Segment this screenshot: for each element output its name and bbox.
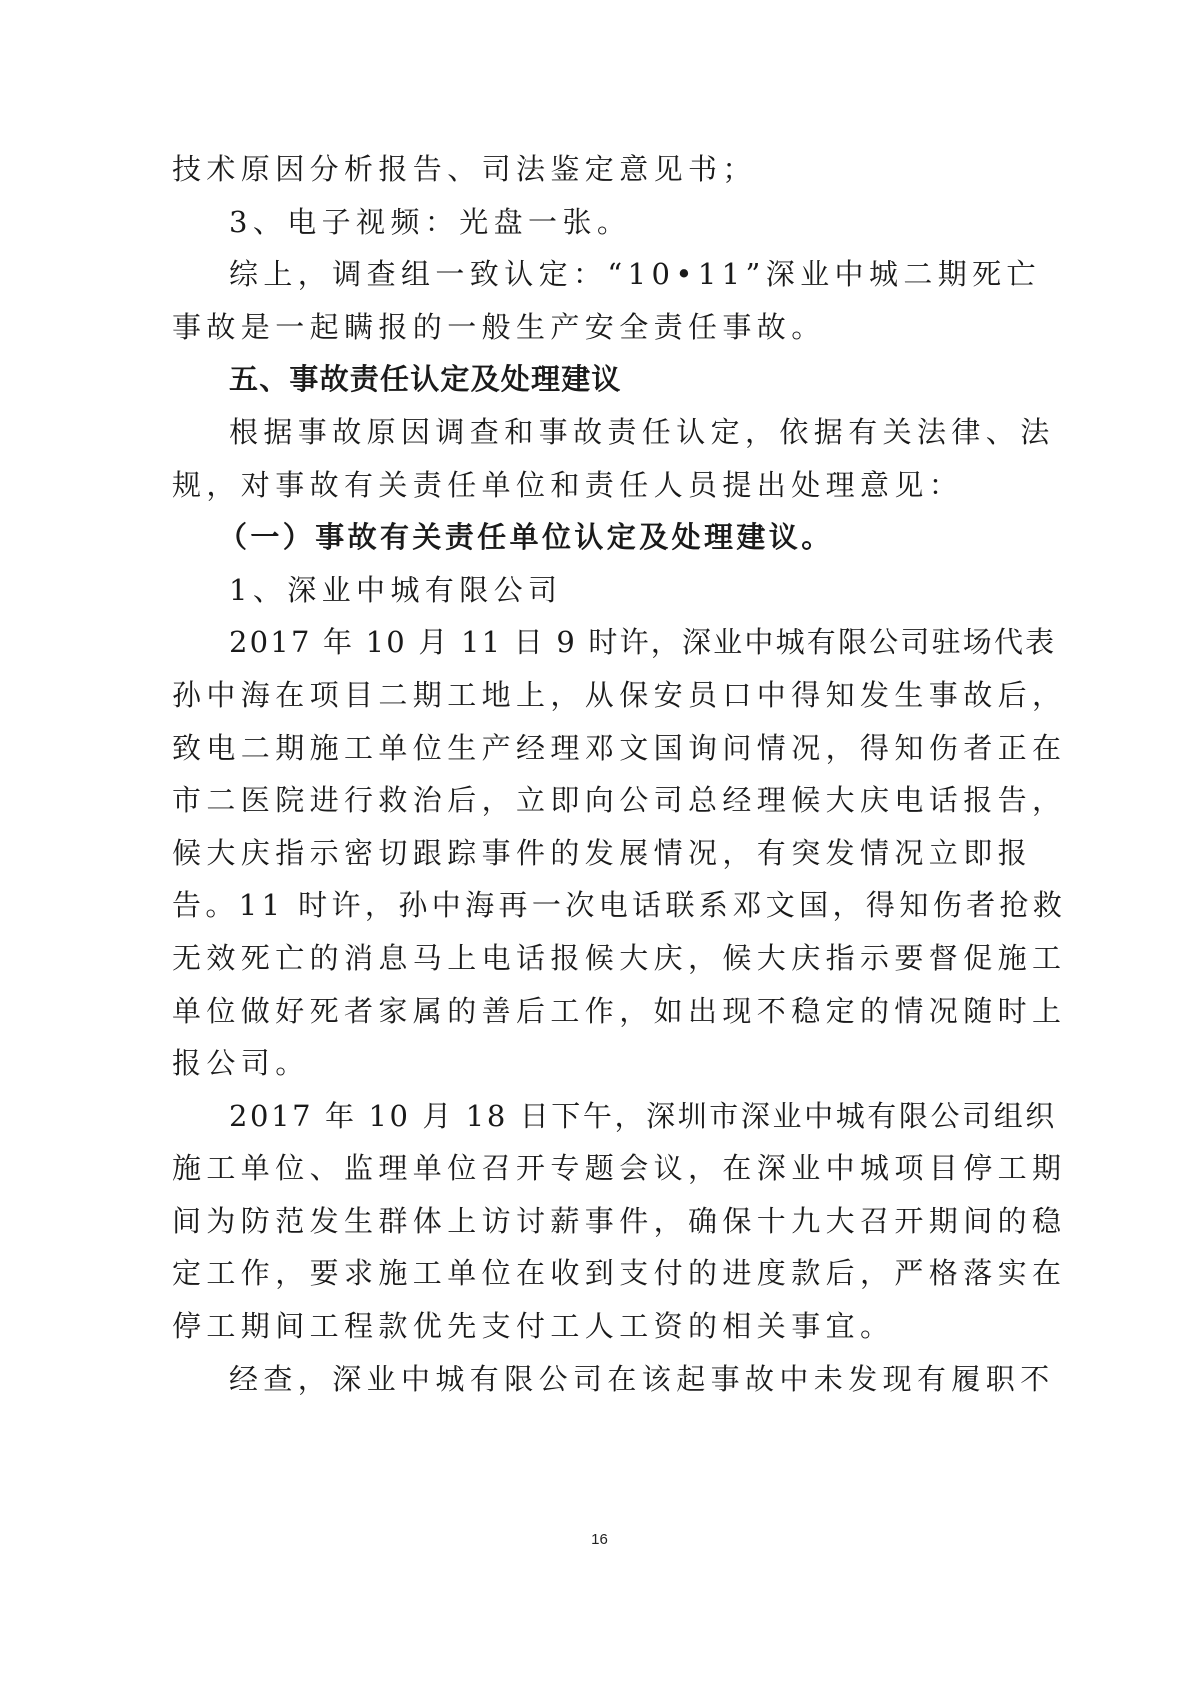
page-number: 16 <box>0 1531 1199 1548</box>
paragraph: 根据事故原因调查和事故责任认定，依据有关法律、法 <box>172 406 942 459</box>
text-line: 间为防范发生群体上访讨薪事件，确保十九大召开期间的稳 <box>172 1195 942 1248</box>
text-line: 事故是一起瞒报的一般生产安全责任事故。 <box>172 301 942 354</box>
text-line: 技术原因分析报告、司法鉴定意见书； <box>172 143 942 196</box>
text-line: 单位做好死者家属的善后工作，如出现不稳定的情况随时上 <box>172 985 942 1038</box>
list-item-evidence-video: 3、电子视频：光盘一张。 <box>172 196 942 249</box>
text-line: 候大庆指示密切跟踪事件的发展情况，有突发情况立即报 <box>172 827 942 880</box>
document-page: 技术原因分析报告、司法鉴定意见书； 3、电子视频：光盘一张。 综上，调查组一致认… <box>0 0 1199 1696</box>
text-line: 停工期间工程款优先支付工人工资的相关事宜。 <box>172 1300 942 1353</box>
text-line: 市二医院进行救治后，立即向公司总经理候大庆电话报告， <box>172 774 942 827</box>
text-line: 告。11 时许，孙中海再一次电话联系邓文国，得知伤者抢救 <box>172 879 942 932</box>
subsection-heading: （一）事故有关责任单位认定及处理建议。 <box>172 511 942 564</box>
paragraph: 2017 年 10 月 18 日下午，深圳市深业中城有限公司组织 <box>172 1090 942 1143</box>
text-line: 施工单位、监理单位召开专题会议，在深业中城项目停工期 <box>172 1142 942 1195</box>
text-line: 孙中海在项目二期工地上，从保安员口中得知发生事故后， <box>172 669 942 722</box>
text-line: 无效死亡的消息马上电话报候大庆，候大庆指示要督促施工 <box>172 932 942 985</box>
conclusion-paragraph: 综上，调查组一致认定：“10•11”深业中城二期死亡 <box>172 248 942 301</box>
paragraph: 2017 年 10 月 11 日 9 时许，深业中城有限公司驻场代表 <box>172 616 942 669</box>
text-line: 定工作，要求施工单位在收到支付的进度款后，严格落实在 <box>172 1247 942 1300</box>
text-line: 报公司。 <box>172 1037 942 1090</box>
document-body: 技术原因分析报告、司法鉴定意见书； 3、电子视频：光盘一张。 综上，调查组一致认… <box>172 143 942 1405</box>
paragraph: 经查，深业中城有限公司在该起事故中未发现有履职不 <box>172 1353 942 1406</box>
list-item-company: 1、深业中城有限公司 <box>172 564 942 617</box>
text-line: 规，对事故有关责任单位和责任人员提出处理意见： <box>172 459 942 512</box>
text-line: 致电二期施工单位生产经理邓文国询问情况，得知伤者正在 <box>172 722 942 775</box>
section-heading: 五、事故责任认定及处理建议 <box>172 353 942 406</box>
